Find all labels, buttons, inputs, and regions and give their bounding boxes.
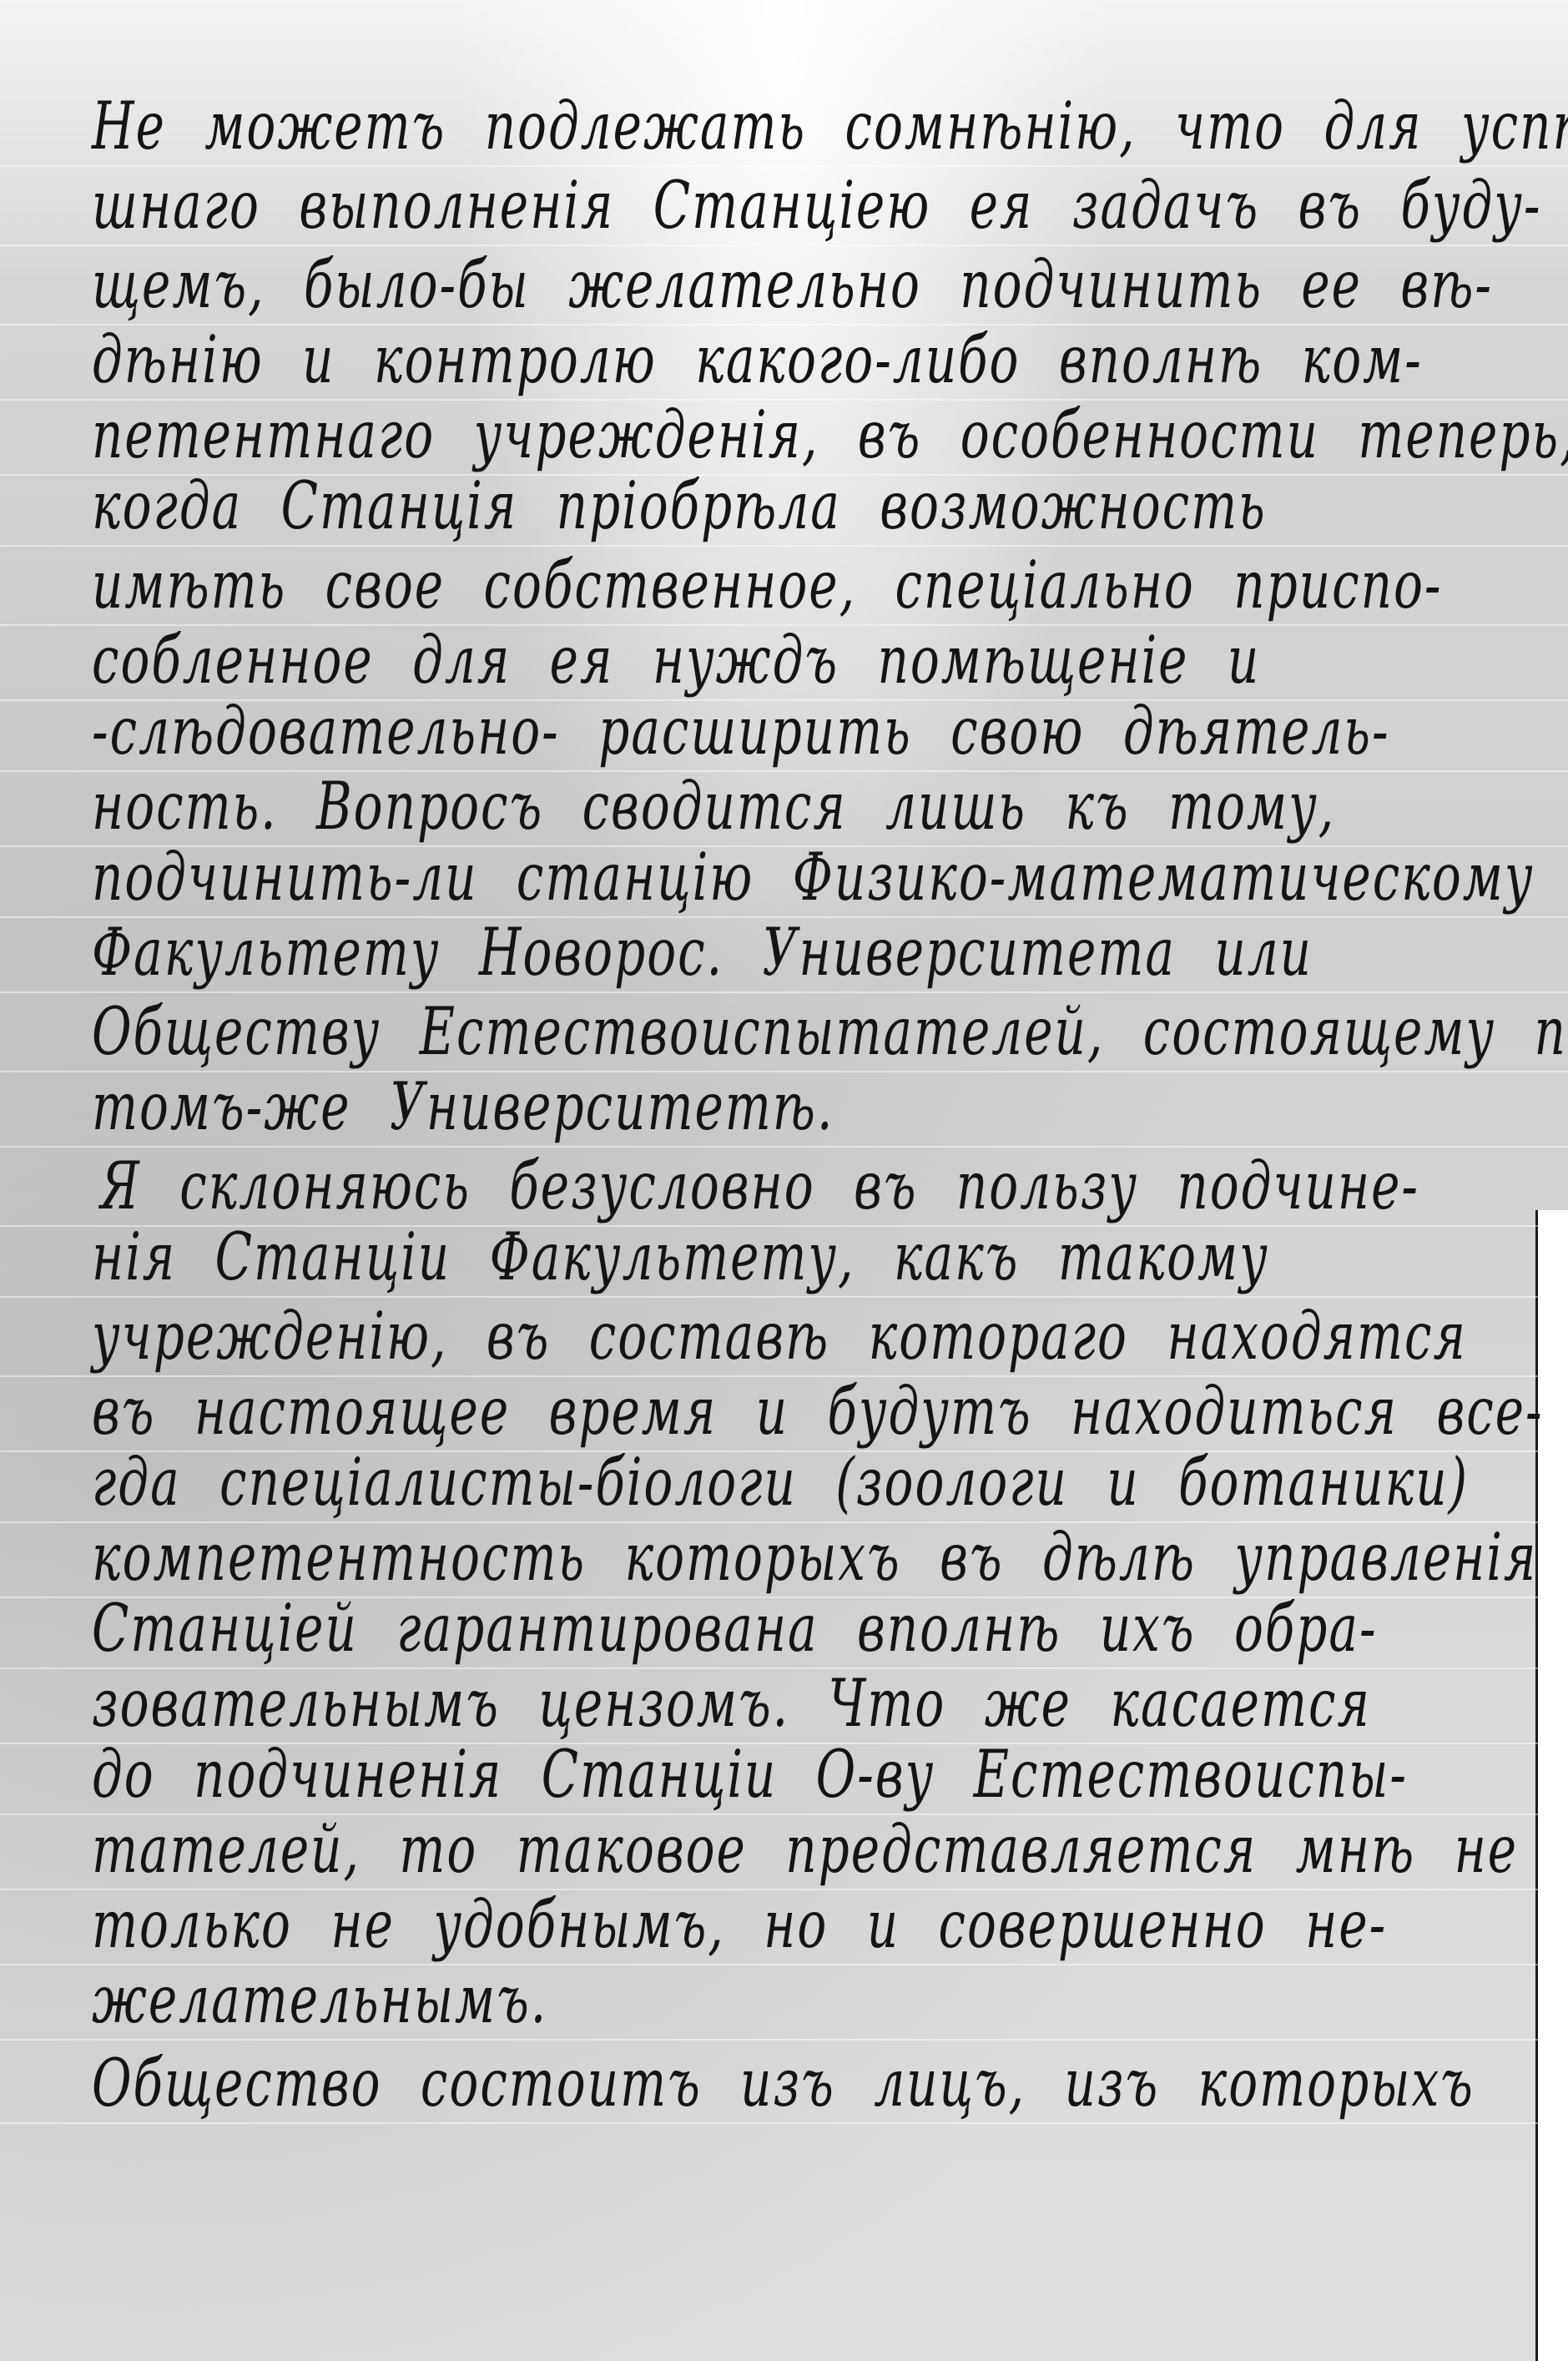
text-line: желательнымъ.	[92, 1967, 1544, 2032]
text-line: Обществу Естествоиспытателей, состоящему…	[92, 999, 1544, 1064]
text-line: когда Станція пріобрѣла возможность	[92, 473, 1544, 538]
text-line: Общество состоитъ изъ лицъ, изъ которыхъ	[92, 2051, 1544, 2116]
text-line: собленное для ея нуждъ помѣщеніе и	[92, 628, 1544, 693]
text-line: тателей, то таковое представляется мнѣ н…	[92, 1817, 1544, 1882]
ruling-line	[0, 2122, 1568, 2124]
text-line: компетентность которыхъ въ дѣлѣ управлен…	[92, 1525, 1544, 1590]
text-line: Станціей гарантирована вполнѣ ихъ обра-	[92, 1596, 1544, 1661]
text-line: -слѣдовательно- расширить свою дѣятель-	[92, 699, 1544, 764]
text-line: ность. Вопросъ сводится лишь къ тому,	[92, 774, 1544, 839]
text-line: Не можетъ подлежать сомнѣнію, что для ус…	[92, 93, 1544, 159]
ruling-line	[0, 2039, 1568, 2041]
text-line: Я склоняюсь безусловно въ пользу подчине…	[100, 1153, 1552, 1218]
text-line: шнаго выполненія Станціею ея задачъ въ б…	[92, 173, 1544, 238]
text-line: щемъ, было-бы желательно подчинить ее вѣ…	[92, 252, 1544, 317]
text-line: только не удобнымъ, но и совершенно не-	[92, 1892, 1544, 1957]
text-line: зовательнымъ цензомъ. Что же касается	[92, 1671, 1544, 1736]
text-line: подчинить-ли станцію Физико-математическ…	[92, 845, 1544, 910]
text-line: до подчиненія Станціи О-ву Естествоиспы-	[92, 1742, 1544, 1807]
text-line: нія Станціи Факультету, какъ такому	[92, 1224, 1544, 1289]
text-line: въ настоящее время и будутъ находиться в…	[92, 1379, 1544, 1444]
text-line: Факультету Новорос. Университета или	[92, 920, 1544, 985]
text-line: имѣть свое собственное, спеціально присп…	[92, 552, 1544, 618]
text-line: гда спеціалисты-біологи (зоологи и ботан…	[92, 1450, 1544, 1515]
text-line: дѣнію и контролю какого-либо вполнѣ ком-	[92, 327, 1544, 392]
manuscript-page: Не можетъ подлежать сомнѣнію, что для ус…	[0, 0, 1568, 2361]
text-line: учрежденію, въ составѣ котораго находятс…	[92, 1304, 1544, 1369]
text-line: петентнаго учрежденія, въ особенности те…	[92, 402, 1544, 467]
text-line: томъ-же Университетѣ.	[92, 1074, 1544, 1139]
